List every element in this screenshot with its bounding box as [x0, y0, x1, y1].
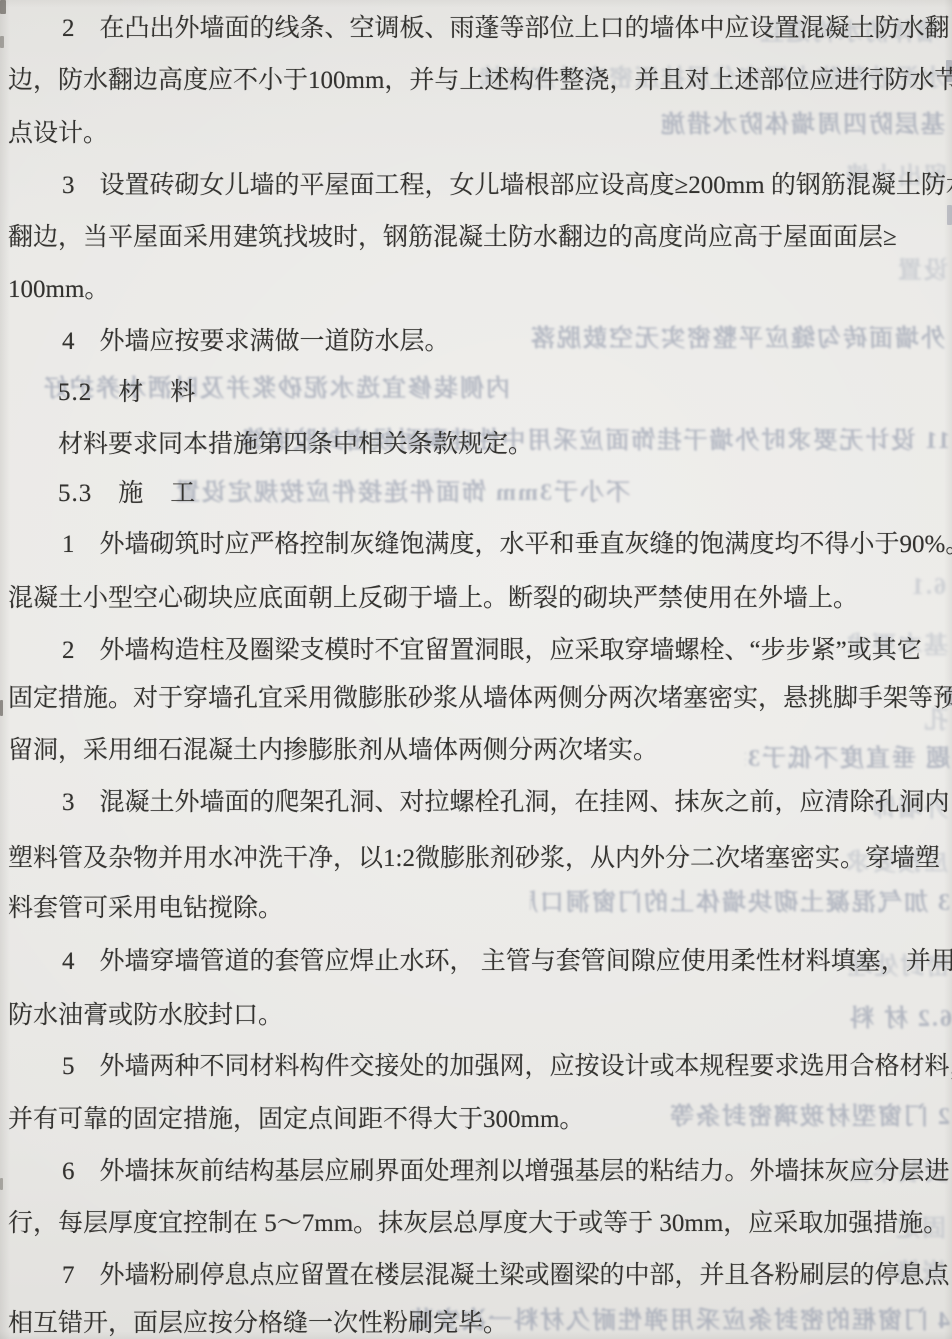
text-line-8: 5.2 材 料 [58, 372, 196, 408]
text-line-13: 2 外墙构造柱及圈梁支模时不宜留置洞眼，应采取穿墙螺栓、“步步紧”或其它 [62, 630, 922, 666]
text-line-25: 7 外墙粉刷停息点应留置在楼层混凝土梁或圈梁的中部，并且各粉刷层的停息点 [62, 1255, 950, 1291]
text-line-17: 塑料管及杂物并用水冲洗干净，以1:2微膨胀剂砂浆，从内外分二次堵塞密实。穿墙塑 [8, 838, 940, 874]
text-line-19: 4 外墙穿墙管道的套管应焊止水环， 主管与套管间隙应使用柔性材料填塞，并用 [62, 941, 952, 977]
text-line-11: 1 外墙砌筑时应严格控制灰缝饱满度，水平和垂直灰缝的饱满度均不得小于90%。 [62, 524, 952, 560]
text-line-2: 边，防水翻边高度应不小于100mm，并与上述构件整浇，并且对上述部位应进行防水节 [8, 60, 952, 96]
text-line-14: 固定措施。对于穿墙孔宜采用微膨胀砂浆从墙体两侧分两次堵塞密实，悬挑脚手架等预 [8, 678, 952, 714]
text-line-3: 点设计。 [8, 113, 108, 149]
text-line-7: 4 外墙应按要求满做一道防水层。 [62, 321, 450, 357]
text-line-12: 混凝土小型空心砌块应底面朝上反砌于墙上。断裂的砌块严禁使用在外墙上。 [8, 578, 858, 614]
document-text-layer: 2 在凸出外墙面的线条、空调板、雨蓬等部位上口的墙体中应设置混凝土防水翻边，防水… [0, 0, 952, 1339]
text-line-21: 5 外墙两种不同材料构件交接处的加强网，应按设计或本规程要求选用合格材料， [62, 1046, 952, 1082]
text-line-18: 料套管可采用电钻搅除。 [8, 888, 283, 924]
text-line-26: 相互错开，面层应按分格缝一次性粉刷完毕。 [8, 1303, 508, 1339]
text-line-20: 防水油膏或防水胶封口。 [8, 995, 283, 1031]
document-page: 墙体防水构造且水泥砂浆防水层应分层抹压密实并应连续基层防四周墙体防水措施留出小墙… [0, 0, 952, 1339]
text-line-1: 2 在凸出外墙面的线条、空调板、雨蓬等部位上口的墙体中应设置混凝土防水翻 [62, 8, 950, 44]
text-line-10: 5.3 施 工 [58, 473, 196, 509]
text-line-24: 行，每层厚度宜控制在 5～7mm。抹灰层总厚度大于或等于 30mm，应采取加强措… [8, 1203, 948, 1239]
text-line-23: 6 外墙抹灰前结构基层应刷界面处理剂以增强基层的粘结力。外墙抹灰应分层进 [62, 1151, 950, 1187]
text-line-9: 材料要求同本措施第四条中相关条款规定。 [58, 424, 533, 460]
text-line-16: 3 混凝土外墙面的爬架孔洞、对拉螺栓孔洞，在挂网、抹灰之前，应清除孔洞内 [62, 782, 950, 818]
text-line-6: 100mm。 [8, 269, 109, 305]
text-line-4: 3 设置砖砌女儿墙的平屋面工程，女儿墙根部应设高度≥200mm 的钢筋混凝土防水 [62, 165, 952, 201]
text-line-5: 翻边，当平屋面采用建筑找坡时，钢筋混凝土防水翻边的高度尚应高于屋面面层≥ [8, 217, 897, 253]
text-line-15: 留洞，采用细石混凝土内掺膨胀剂从墙体两侧分两次堵实。 [8, 730, 658, 766]
text-line-22: 并有可靠的固定措施，固定点间距不得大于300mm。 [8, 1099, 584, 1135]
